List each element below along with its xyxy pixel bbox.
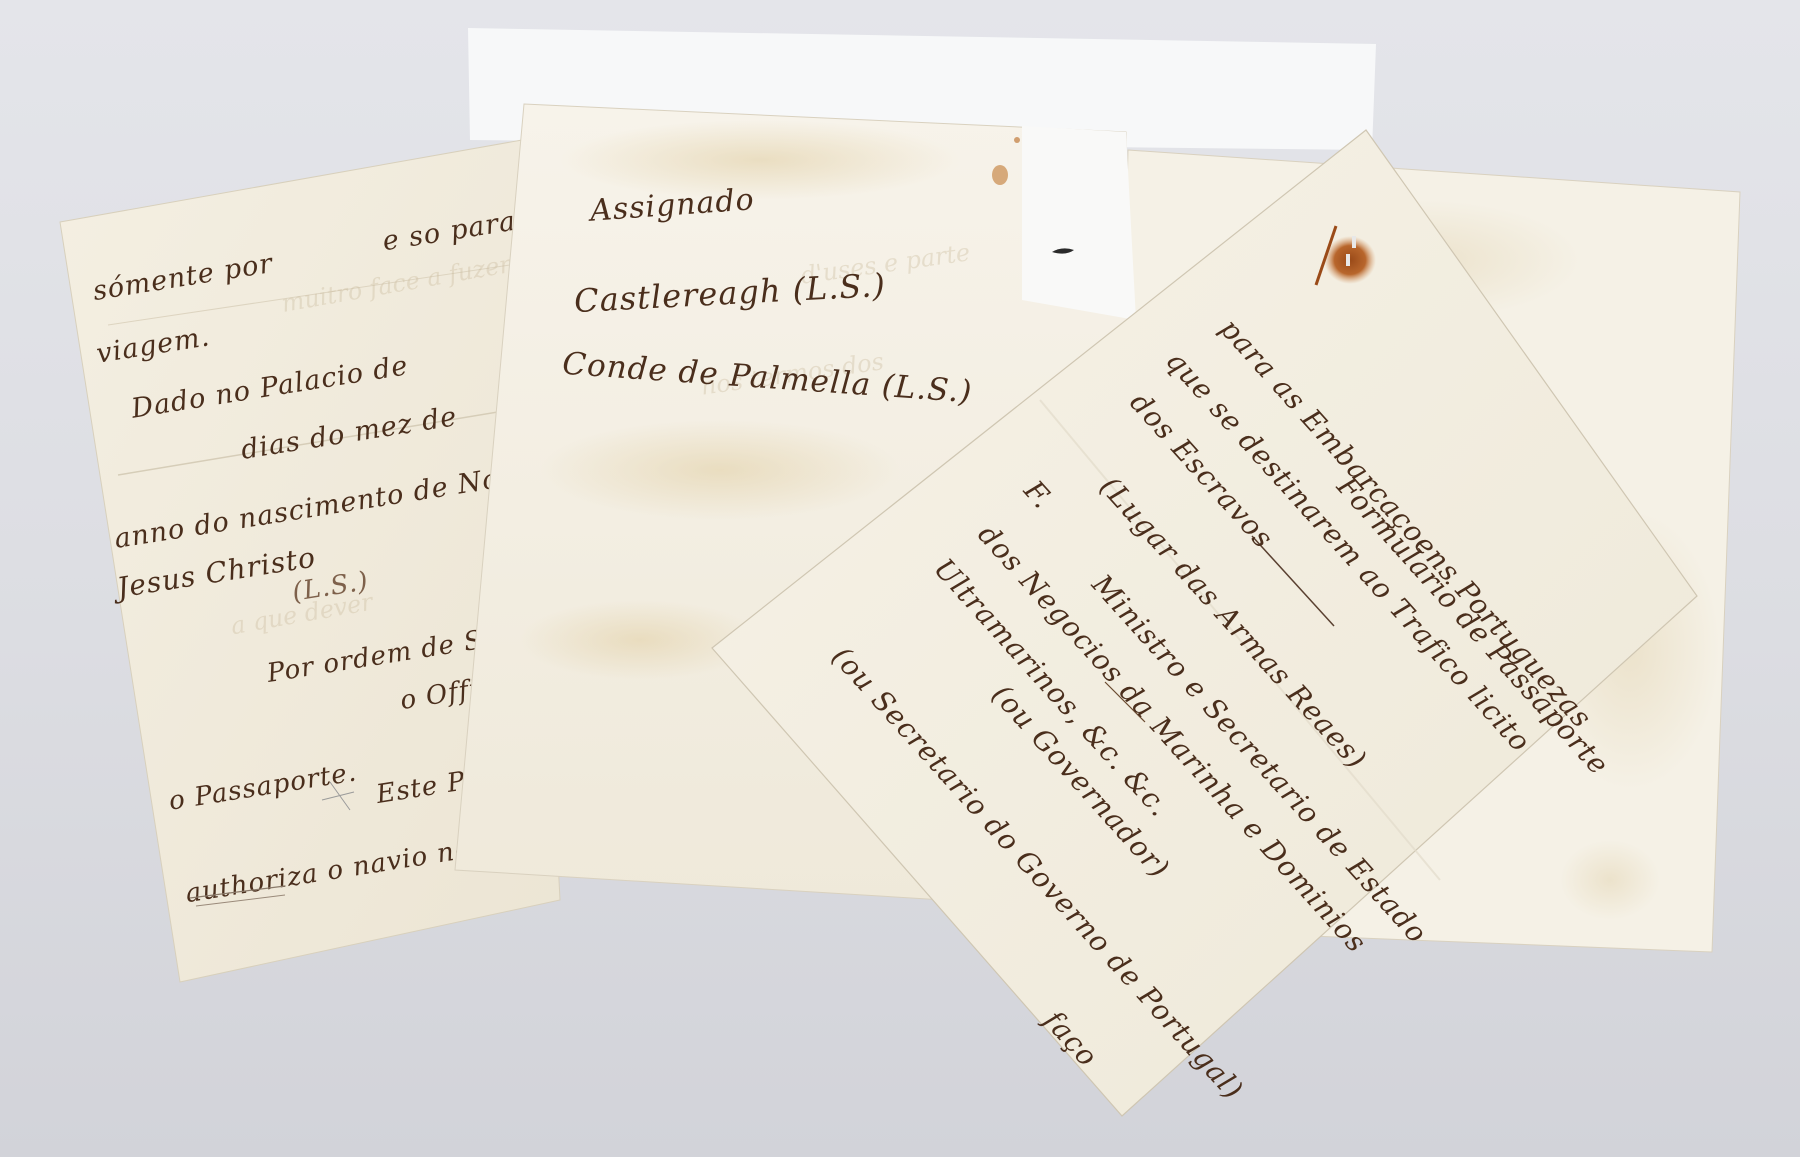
front-passport-form-sheet: Formulario de Passaporte para as Embarca… [0, 0, 1800, 1157]
photo-scene: muitro face a fuzer a que dever sómente … [0, 0, 1800, 1157]
